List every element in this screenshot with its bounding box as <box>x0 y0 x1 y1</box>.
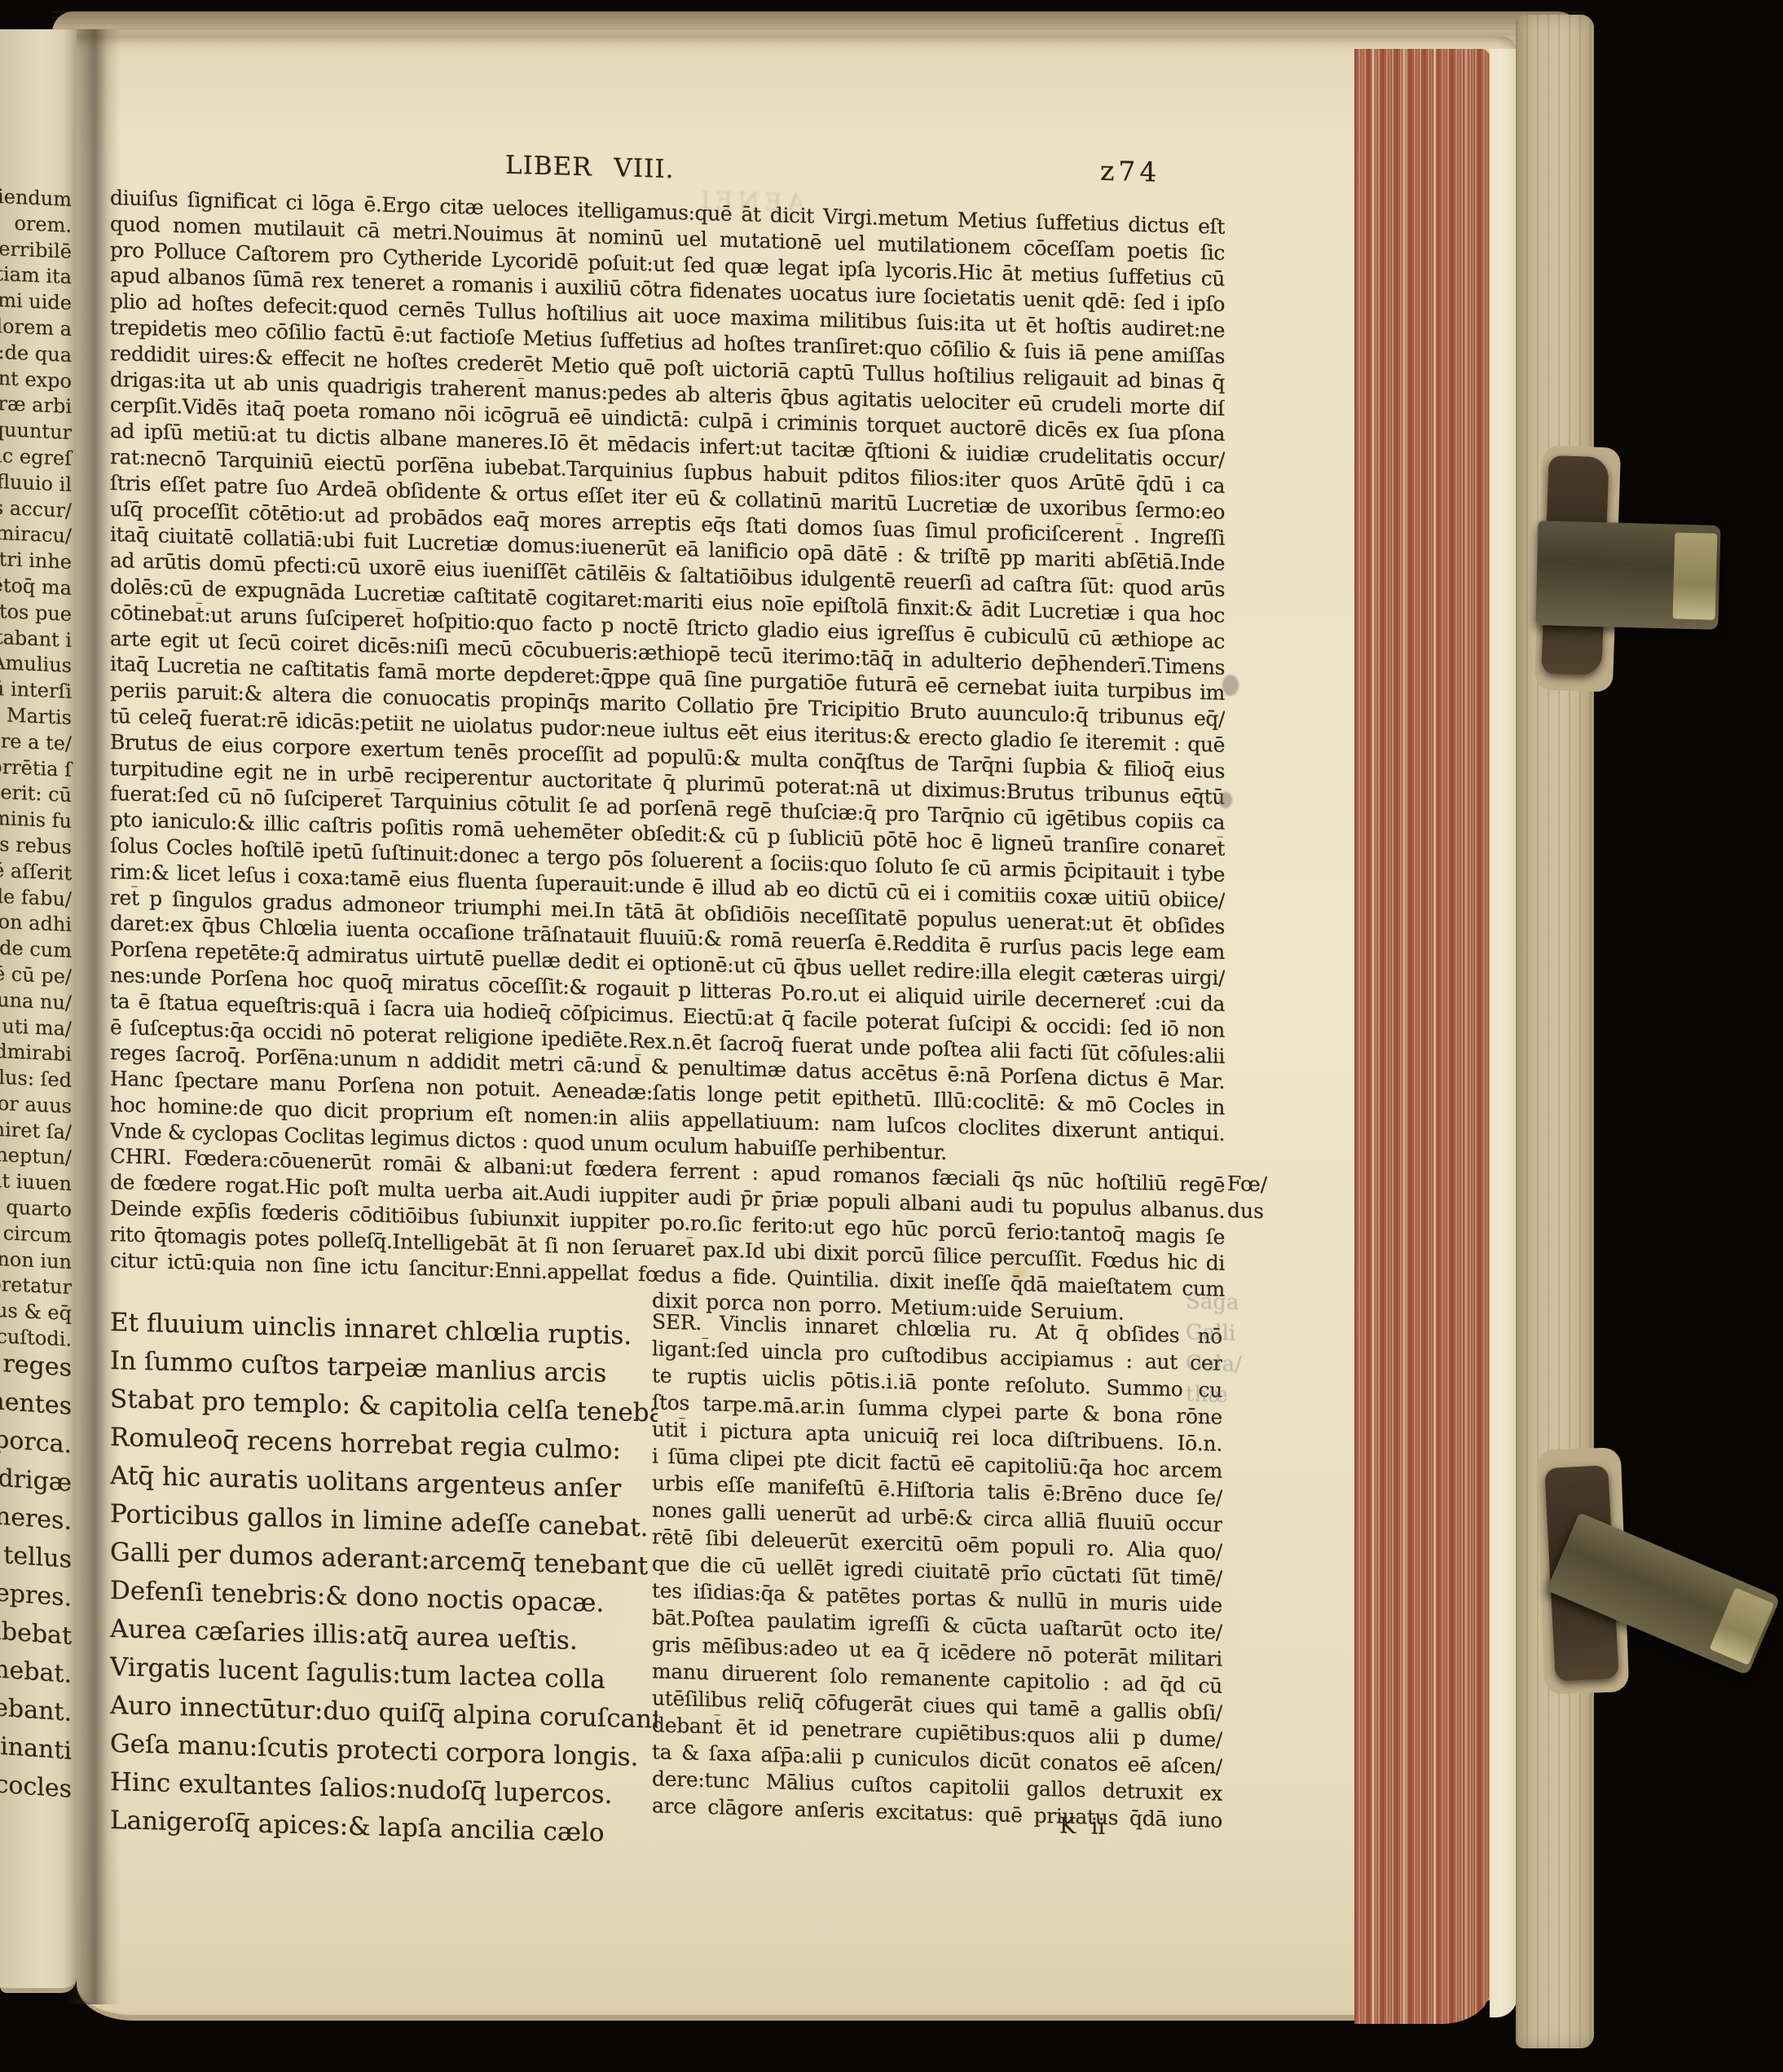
fragment-line: unt. Sane ſciendum <box>0 177 72 213</box>
page-speck <box>1222 675 1239 696</box>
facing-page-prose-fragments: unt. Sane ſciendumorem.inſpiciat. Terrib… <box>0 177 72 1353</box>
margin-gloss-line: dus <box>1227 1197 1267 1225</box>
show-through-marginalia: SagaGalliGala/thæ <box>1186 1286 1292 1412</box>
margin-gloss: Fœ/ dus <box>1227 1170 1267 1225</box>
clasp-strap <box>1535 521 1720 630</box>
clasp-brass-tip <box>1673 532 1718 619</box>
verse-column: Et fluuium uinclis innaret chlœlia rupti… <box>110 1308 658 1859</box>
quire-signature: K ii <box>1059 1814 1105 1840</box>
margin-gloss-line: Fœ/ <box>1227 1170 1267 1198</box>
book-photograph: unt. Sane ſciendumorem.inſpiciat. Terrib… <box>0 0 1783 2072</box>
show-through-word: Gala/ <box>1186 1348 1292 1381</box>
running-title: LIBER VIII. <box>505 151 674 184</box>
clasp-brass-tip <box>1710 1587 1775 1665</box>
show-through-word: Galli <box>1186 1317 1292 1350</box>
printed-text-layer: AENEI LIBER VIII. z74 diuiſus ſignificat… <box>77 35 1517 2052</box>
commentary-text-block: diuiſus ſignificat ci lōga ē.Ergo citæ u… <box>110 186 1225 1303</box>
page-edge-sliver <box>1490 49 1517 2017</box>
page-speck <box>1219 792 1232 808</box>
page-number: z74 <box>1100 155 1160 188</box>
show-through-word: Saga <box>1186 1286 1292 1319</box>
book-page: AENEI LIBER VIII. z74 diuiſus ſignificat… <box>77 36 1517 2021</box>
red-fore-edge <box>1354 49 1490 2024</box>
commentary-column: SER. Vinclis innaret chlœlia ru. At q̄ o… <box>652 1309 1222 1835</box>
gutter-shadow <box>64 29 121 2004</box>
show-through-word: thæ <box>1186 1379 1292 1412</box>
vellum-cover-edge <box>1516 15 1594 2048</box>
facing-page-verse-fragments: amine regesraſq̄ tenentesedera porca.diu… <box>0 1332 72 1809</box>
